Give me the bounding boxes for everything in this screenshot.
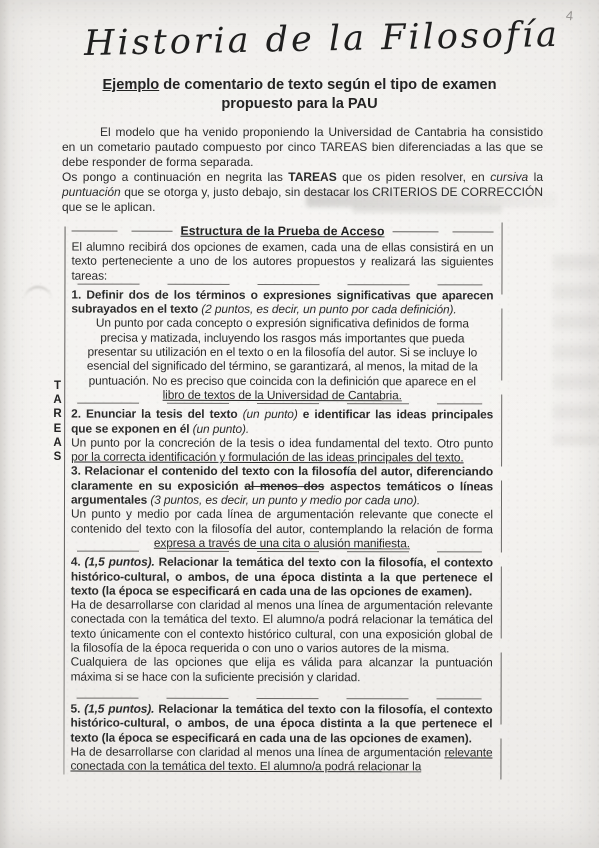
- subtitle-line-1: Ejemplo de comentario de texto según el …: [65, 76, 535, 95]
- task-3: 3. Relacionar el contenido del texto con…: [71, 464, 493, 508]
- margin-letter: R: [52, 407, 63, 421]
- margin-letter: S: [52, 450, 63, 464]
- text-run: propuesto para la PAU: [221, 96, 377, 112]
- box-intro: El alumno recibirá dos opciones de exame…: [71, 240, 493, 284]
- text-run: al menos dos: [244, 479, 324, 493]
- text-run: libro de textos de la Universidad de Can…: [163, 388, 402, 403]
- text-run: puntuación: [62, 185, 121, 199]
- criteria-2: Un punto por la concreción de la tesis o…: [71, 435, 493, 464]
- text-run: cursiva: [490, 170, 528, 184]
- text-run: que se otorga y, justo debajo, sin desta…: [62, 185, 543, 214]
- text-run: por la correcta identificación y formula…: [71, 450, 464, 465]
- text-run: El modelo que ha venido proponiendo la U…: [62, 125, 543, 169]
- task-4: 4. (1,5 puntos). Relacionar la temática …: [71, 550, 493, 599]
- box-header: Estructura de la Prueba de Acceso: [72, 224, 494, 239]
- text-run: 2. Enunciar la tesis del texto: [71, 407, 242, 421]
- text-run: Ha de desarrollarse con claridad al meno…: [70, 744, 444, 759]
- text-run: Un punto por la concreción de la tesis o…: [71, 435, 493, 450]
- text-run: Cualquiera de las opciones que elija es …: [71, 655, 493, 684]
- header-dash-line: [393, 231, 494, 232]
- text-run: (2 puntos, es decir, un punto por cada d…: [201, 302, 456, 317]
- text-run: que os piden resolver, en: [337, 170, 490, 184]
- text-run: expresa a través de una cita o alusión m…: [154, 536, 410, 551]
- header-dash-line: [72, 230, 173, 231]
- text-run: de comentario de texto según el tipo de …: [159, 77, 496, 93]
- criteria-1: Un punto por cada concepto o expresión s…: [71, 316, 493, 403]
- text-run: 4.: [71, 555, 85, 569]
- margin-letter: E: [52, 422, 63, 436]
- text-run: Ejemplo: [102, 77, 159, 93]
- task-1: 1. Definir dos de los términos o expresi…: [71, 282, 493, 316]
- text-run: (1,5 puntos).: [85, 555, 155, 569]
- text-run: la: [528, 170, 543, 184]
- task-2: 2. Enunciar la tesis del texto (un punto…: [71, 402, 493, 436]
- text-run: Un punto y medio por cada línea de argum…: [71, 507, 493, 536]
- document-subtitle: Ejemplo de comentario de texto según el …: [65, 76, 535, 113]
- subtitle-line-2: propuesto para la PAU: [65, 95, 535, 114]
- intro-section: El modelo que ha venido proponiendo la U…: [62, 125, 543, 215]
- text-run: Ha de desarrollarse con claridad al meno…: [71, 598, 493, 656]
- scanned-document-page: 4 Historia de la Filosofía Ejemplo de co…: [0, 0, 599, 848]
- text-run: (un punto).: [193, 421, 249, 435]
- criteria-5: Ha de desarrollarse con claridad al meno…: [70, 744, 492, 773]
- box-body: El alumno recibirá dos opciones de exame…: [70, 240, 493, 774]
- intro-paragraph-2: Os pongo a continuación en negrita las T…: [62, 170, 543, 215]
- intro-paragraph-1: El modelo que ha venido proponiendo la U…: [62, 125, 543, 170]
- text-run: (un punto): [243, 407, 298, 421]
- margin-letter: A: [52, 393, 63, 407]
- text-run: Os pongo a continuación en negrita las: [62, 170, 288, 184]
- text-run: 5.: [71, 701, 85, 715]
- text-run: (3 puntos, es decir, un punto y medio po…: [150, 493, 420, 508]
- text-run: Un punto por cada concepto o expresión s…: [87, 316, 478, 388]
- text-run: (1,5 puntos).: [84, 701, 154, 715]
- task-5: 5. (1,5 puntos). Relacionar la temática …: [70, 696, 492, 745]
- margin-letter: A: [52, 436, 63, 450]
- box-title: Estructura de la Prueba de Acceso: [181, 224, 385, 238]
- exam-structure-box: Estructura de la Prueba de Acceso El alu…: [63, 222, 502, 782]
- criteria-4a: Ha de desarrollarse con claridad al meno…: [71, 598, 493, 656]
- handwritten-title: Historia de la Filosofía: [84, 10, 599, 68]
- margin-label-tareas: TAREAS: [52, 379, 63, 464]
- text-run: TAREAS: [288, 170, 336, 184]
- margin-letter: T: [52, 379, 63, 393]
- criteria-4b: Cualquiera de las opciones que elija es …: [71, 655, 493, 684]
- criteria-3: Un punto y medio por cada línea de argum…: [71, 507, 493, 551]
- text-run: El alumno recibirá dos opciones de exame…: [71, 240, 493, 283]
- document-content: Historia de la Filosofía Ejemplo de come…: [0, 0, 599, 781]
